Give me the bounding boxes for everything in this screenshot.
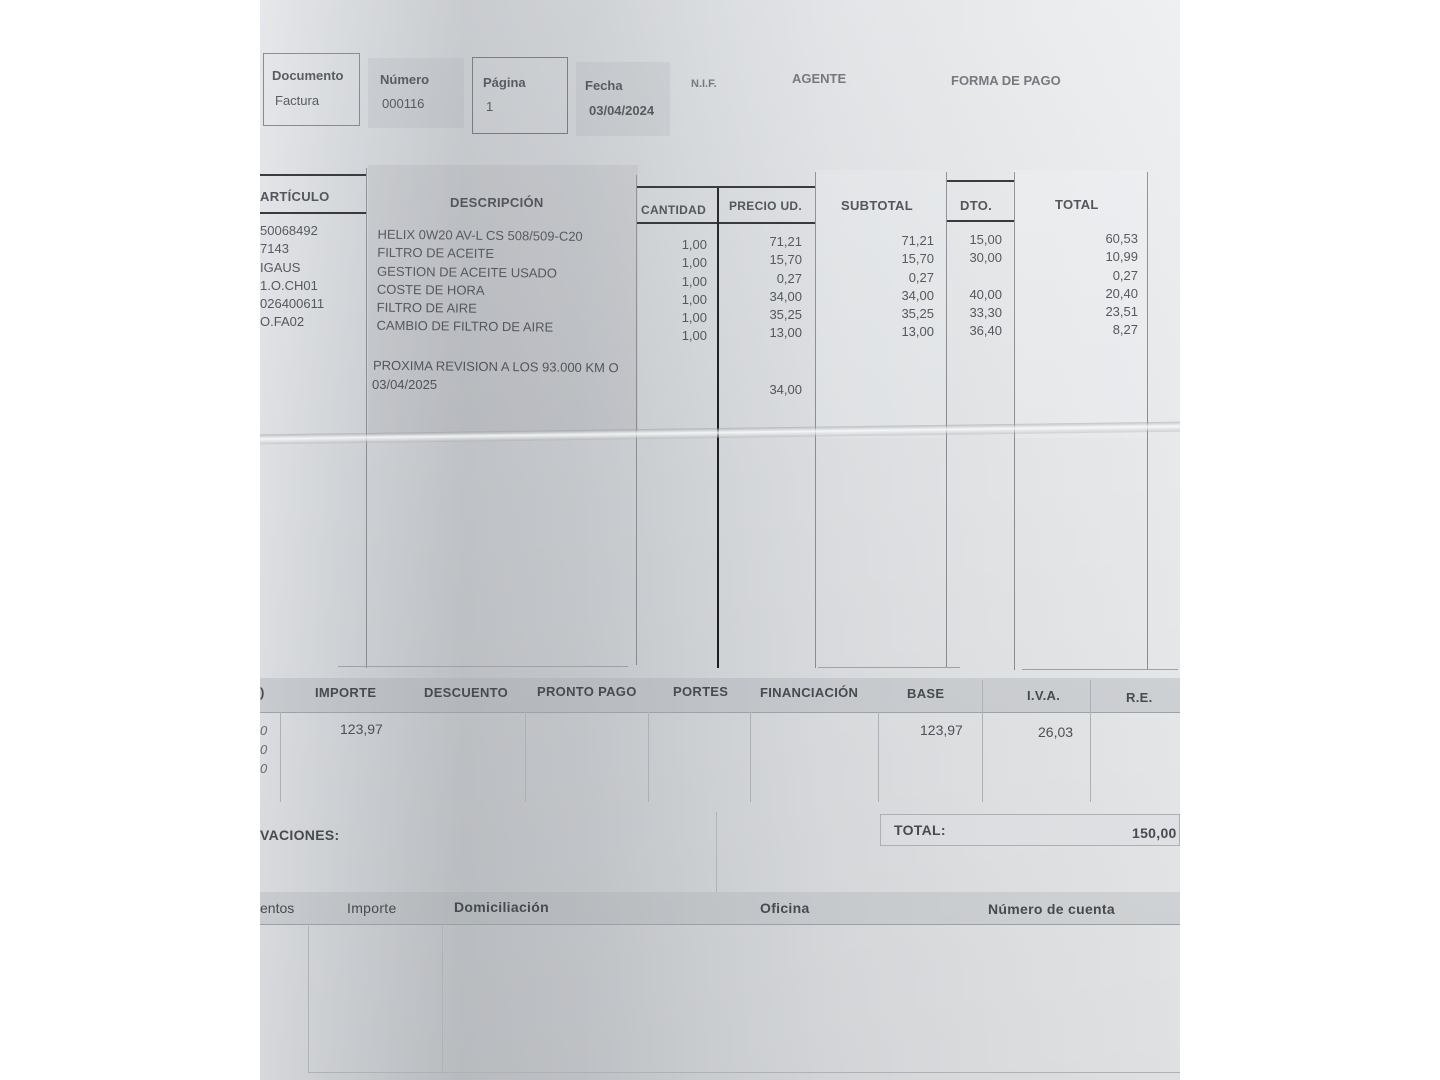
totals-col-iva: I.V.A. [1027, 688, 1060, 703]
line-total-cell: 60,53 [1030, 230, 1138, 248]
line-cantidad-cell: 1,00 [640, 236, 707, 254]
totals-divider-6 [982, 680, 983, 802]
line-dto-cell: 30,00 [950, 249, 1002, 267]
documento-box [263, 53, 360, 126]
payment-col-cuenta: Número de cuenta [988, 901, 1115, 917]
agente-label: AGENTE [792, 71, 846, 86]
articulo-column: 500684927143IGAUS1.O.CH01026400611O.FA02 [260, 222, 340, 332]
line-subtotal-cell: 13,00 [830, 323, 934, 341]
line-total-cell: 23,51 [1030, 303, 1138, 321]
subtotal-left-border [815, 172, 816, 668]
totals-col-financiacion: FINANCIACIÓN [760, 685, 858, 700]
total-column: 60,5310,990,2720,4023,518,27 [1030, 230, 1138, 340]
pagina-value: 1 [486, 99, 493, 114]
line-cantidad-cell: 1,00 [640, 273, 707, 291]
line-total-cell: 8,27 [1030, 321, 1138, 339]
dto-column: 15,0030,00 40,0033,3036,40 [950, 231, 1002, 341]
invoice-paper: Documento Factura Número 000116 Página 1… [260, 0, 1180, 1080]
line-subtotal-cell: 71,21 [830, 232, 934, 250]
articulo-bottom-rule [260, 212, 366, 214]
pagina-box [472, 57, 568, 134]
dto-bottom-rule [946, 220, 1014, 222]
observaciones-divider [716, 812, 717, 892]
totals-divider-3 [648, 712, 649, 802]
cantidad-precio-bottom-rule [636, 222, 816, 224]
line-precio-cell: 15,70 [722, 251, 802, 269]
grand-total-label: TOTAL: [894, 822, 946, 838]
totals-iva-value: 26,03 [1038, 723, 1073, 741]
line-subtotal-cell: 35,25 [830, 305, 934, 323]
articulo-top-rule [260, 174, 366, 176]
col-total: TOTAL [1055, 197, 1099, 212]
col-precio: PRECIO UD. [729, 199, 802, 213]
line-total-cell: 20,40 [1030, 285, 1138, 303]
line-cantidad-cell: 1,00 [640, 254, 707, 272]
descripcion-left-border [366, 168, 367, 668]
numero-box [368, 58, 464, 128]
col-subtotal: SUBTOTAL [841, 198, 913, 213]
next-service-note-line1: PROXIMA REVISION A LOS 93.000 KM O [373, 357, 619, 378]
cantidad-precio-top-rule [636, 186, 816, 188]
line-precio-cell: 35,25 [722, 306, 802, 324]
totals-col-base: BASE [907, 686, 944, 701]
line-dto-cell [950, 268, 1002, 286]
line-articulo-cell: O.FA02 [260, 313, 340, 331]
line-precio-cell: 13,00 [722, 324, 802, 342]
totals-base-value: 123,97 [920, 721, 963, 739]
col-dto: DTO. [960, 198, 992, 213]
descripcion-right-border [636, 175, 637, 665]
line-articulo-cell: 7143 [260, 240, 340, 258]
line-total-cell: 0,27 [1030, 267, 1138, 285]
pagina-label: Página [483, 75, 526, 90]
line-precio-cell: 71,21 [722, 233, 802, 251]
totals-col-first: ) [260, 685, 265, 700]
line-dto-cell: 40,00 [950, 286, 1002, 304]
totals-first-cell: 0 [260, 740, 267, 759]
line-subtotal-cell: 34,00 [830, 287, 934, 305]
line-subtotal-cell: 0,27 [830, 269, 934, 287]
line-dto-cell: 36,40 [950, 322, 1002, 340]
fecha-value: 03/04/2024 [589, 103, 654, 118]
totals-first-column: 000 [260, 721, 267, 778]
line-articulo-cell: 50068492 [260, 222, 340, 240]
fecha-box [576, 62, 670, 136]
line-articulo-cell: IGAUS [260, 259, 340, 277]
line-cantidad-cell: 1,00 [640, 327, 707, 345]
line-descripcion-cell: CAMBIO DE FILTRO DE AIRE [376, 317, 626, 338]
line-total-cell: 10,99 [1030, 248, 1138, 266]
totals-first-cell: 0 [260, 759, 267, 778]
totals-col-pronto-pago: PRONTO PAGO [537, 684, 637, 699]
line-dto-cell: 15,00 [950, 231, 1002, 249]
descripcion-bottom-border [338, 666, 628, 667]
documento-value: Factura [275, 93, 319, 108]
line-precio-cell: 0,27 [722, 270, 802, 288]
next-service-note-line2: 03/04/2025 [372, 376, 437, 394]
total-bottom-border [1022, 669, 1178, 670]
payment-bottom-rule [308, 1072, 1180, 1073]
total-left-border [1014, 172, 1015, 670]
grand-total-value: 150,00 [1132, 825, 1177, 841]
line-articulo-cell: 1.O.CH01 [260, 277, 340, 295]
numero-value: 000116 [382, 96, 424, 111]
col-descripcion: DESCRIPCIÓN [450, 195, 544, 210]
payment-header-rule [260, 924, 1180, 925]
payment-divider-2 [442, 926, 443, 1072]
totals-divider-4 [750, 712, 751, 802]
precio-column: 71,2115,700,2734,0035,2513,00 [722, 233, 802, 343]
line-descripcion-cell: GESTION DE ACEITE USADO [377, 262, 627, 283]
totals-divider-2 [525, 712, 526, 802]
observaciones-label: VACIONES: [260, 827, 339, 843]
next-service-price: 34,00 [722, 381, 802, 399]
payment-col-oficina: Oficina [760, 900, 810, 916]
line-precio-cell: 34,00 [722, 288, 802, 306]
line-descripcion-cell: FILTRO DE ACEITE [377, 244, 627, 265]
subtotal-bottom-border [818, 667, 960, 668]
documento-label: Documento [272, 68, 344, 83]
descripcion-column: HELIX 0W20 AV-L CS 508/509-C20FILTRO DE … [376, 226, 627, 338]
cantidad-column: 1,001,001,001,001,001,00 [640, 236, 707, 346]
totals-col-re: R.E. [1126, 690, 1152, 705]
forma-pago-label: FORMA DE PAGO [951, 73, 1061, 88]
totals-header-rule [260, 712, 1180, 713]
fecha-label: Fecha [585, 78, 623, 93]
totals-col-importe: IMPORTE [315, 685, 376, 700]
line-subtotal-cell: 15,70 [830, 250, 934, 268]
payment-col-importe: Importe [347, 900, 397, 916]
total-right-border [1147, 172, 1148, 670]
line-dto-cell: 33,30 [950, 304, 1002, 322]
col-cantidad: CANTIDAD [641, 203, 706, 217]
payment-divider-1 [308, 926, 309, 1072]
totals-first-cell: 0 [260, 721, 267, 740]
totals-importe-value: 123,97 [340, 720, 383, 738]
line-cantidad-cell: 1,00 [640, 309, 707, 327]
subtotal-column: 71,2115,700,2734,0035,2513,00 [830, 232, 934, 342]
line-articulo-cell: 026400611 [260, 295, 340, 313]
numero-label: Número [380, 72, 429, 87]
line-cantidad-cell: 1,00 [640, 291, 707, 309]
totals-col-portes: PORTES [673, 684, 728, 699]
payment-col-domiciliacion: Domiciliación [454, 899, 549, 915]
totals-divider-7 [1090, 680, 1091, 802]
subtotal-right-border [946, 172, 947, 668]
dto-top-rule [946, 180, 1014, 182]
nif-label: N.I.F. [691, 78, 717, 90]
totals-divider-1 [280, 712, 281, 802]
col-articulo: ARTÍCULO [260, 189, 330, 204]
totals-col-descuento: DESCUENTO [424, 685, 508, 700]
payment-col-vencimientos: entos [260, 900, 294, 916]
totals-divider-5 [878, 712, 879, 802]
